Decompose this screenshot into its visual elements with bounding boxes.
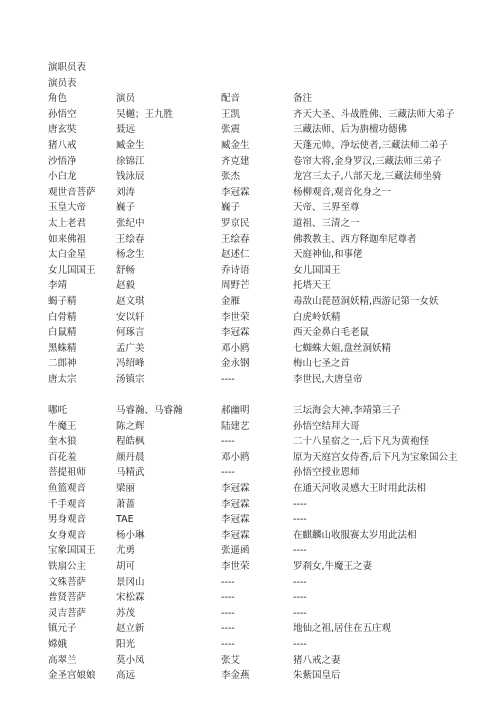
role-cell: 哪吒 (48, 403, 116, 419)
voice-cell: ---- (221, 434, 293, 450)
role-cell: 二郎神 (48, 356, 116, 372)
actor-cell: 舒畅 (116, 263, 221, 279)
note-cell: 猪八戒之妻 (293, 653, 468, 669)
role-cell: 唐太宗 (48, 372, 116, 388)
table-row: 百花羞颜丹晨邓小鸥原为天庭宫女侍香,后下凡为宝象国公主 (48, 450, 468, 466)
header-actor: 演员 (116, 91, 221, 107)
table-row: 千手观音萧蔷李冠霖---- (48, 497, 468, 513)
table-row: 沙悟净徐锦江齐克建卷帘大将,金身罗汉,三藏法师三弟子 (48, 154, 468, 170)
voice-cell: ---- (221, 575, 293, 591)
table-row: 菩提祖师马精武----孙悟空授业恩师 (48, 465, 468, 481)
header-voice: 配音 (221, 91, 293, 107)
voice-cell: ---- (221, 621, 293, 637)
actor-cell: 赵毅 (116, 278, 221, 294)
role-cell: 李靖 (48, 278, 116, 294)
role-cell: 男身观音 (48, 512, 116, 528)
note-cell: 天庭神仙,和事佬 (293, 247, 468, 263)
actor-cell: 高远 (116, 668, 221, 684)
role-cell: 女身观音 (48, 528, 116, 544)
note-cell: 佛教教主、西方释迦牟尼尊者 (293, 232, 468, 248)
note-cell: 三坛海会大神,李靖第三子 (293, 403, 468, 419)
note-cell: 杨柳观音,观音化身之一 (293, 185, 468, 201)
table-row: 猪八戒臧金生臧金生天蓬元帅、净坛使者,三藏法师二弟子 (48, 138, 468, 154)
voice-cell: 陆建艺 (221, 419, 293, 435)
voice-cell: 张震 (221, 122, 293, 138)
note-cell: 卷帘大将,金身罗汉,三藏法师三弟子 (293, 154, 468, 170)
note-cell: 女儿国国王 (293, 263, 468, 279)
note-cell: 二十八星宿之一,后下凡为黄袍怪 (293, 434, 468, 450)
voice-cell: ---- (221, 372, 293, 388)
actor-cell: 胡可 (116, 559, 221, 575)
actor-cell: 何琢言 (116, 325, 221, 341)
actor-cell: 杨小琳 (116, 528, 221, 544)
actor-cell: 吴樾；王九胜 (116, 107, 221, 123)
note-cell: 原为天庭宫女侍香,后下凡为宝象国公主 (293, 450, 468, 466)
actor-cell: 聂远 (116, 122, 221, 138)
actor-cell: 尤勇 (116, 543, 221, 559)
role-cell: 女儿国国王 (48, 263, 116, 279)
table-row: 女身观音杨小琳李冠霖在麒麟山收服赛太岁用此法相 (48, 528, 468, 544)
table-row: 铁扇公主胡可李世荣罗刹女,牛魔王之妻 (48, 559, 468, 575)
note-cell: 朱紫国皇后 (293, 668, 468, 684)
table-row: 二郎神冯绍峰金永钢梅山七圣之首 (48, 356, 468, 372)
table-header: 角色 演员 配音 备注 (48, 91, 468, 107)
actor-cell: 杨念生 (116, 247, 221, 263)
table-row: 唐太宗汤镇宗----李世民,大唐皇帝 (48, 372, 468, 388)
cast-group-supporting: 哪吒马睿瀚、马睿瀚郝幽明三坛海会大神,李靖第三子牛魔王陈之辉陆建艺孙悟空结拜大哥… (48, 403, 468, 684)
note-cell: 托塔天王 (293, 278, 468, 294)
role-cell: 高翠兰 (48, 653, 116, 669)
table-row: 灵吉菩萨苏茂-------- (48, 606, 468, 622)
voice-cell: 巍子 (221, 200, 293, 216)
table-row: 高翠兰莫小凤张艾猪八戒之妻 (48, 653, 468, 669)
actor-cell: 赵立新 (116, 621, 221, 637)
table-row: 男身观音TAE李冠霖---- (48, 512, 468, 528)
actor-cell: 孟广美 (116, 341, 221, 357)
voice-cell: 臧金生 (221, 138, 293, 154)
voice-cell: 邓小鸥 (221, 341, 293, 357)
note-cell: ---- (293, 606, 468, 622)
voice-cell: 周野芒 (221, 278, 293, 294)
voice-cell: 李金燕 (221, 668, 293, 684)
table-row: 黑蛛精孟广美邓小鸥七蜘蛛大姐,盘丝洞妖精 (48, 341, 468, 357)
voice-cell: 李冠霖 (221, 325, 293, 341)
role-cell: 唐玄奘 (48, 122, 116, 138)
role-cell: 小白龙 (48, 169, 116, 185)
role-cell: 如来佛祖 (48, 232, 116, 248)
role-cell: 嫦娥 (48, 637, 116, 653)
actor-cell: 宋松霖 (116, 590, 221, 606)
cast-document: 演职员表 演员表 角色 演员 配音 备注 孙悟空吴樾；王九胜王凯齐天大圣、斗战胜… (48, 60, 468, 684)
table-row: 宝象国国王尤勇张遥函---- (48, 543, 468, 559)
table-row: 金圣宫娘娘高远李金燕朱紫国皇后 (48, 668, 468, 684)
table-row: 观世音菩萨刘涛李冠霖杨柳观音,观音化身之一 (48, 185, 468, 201)
table-row: 白鼠精何琢言李冠霖西天金鼻白毛老鼠 (48, 325, 468, 341)
role-cell: 太上老君 (48, 216, 116, 232)
voice-cell: ---- (221, 590, 293, 606)
voice-cell: 李冠霖 (221, 185, 293, 201)
voice-cell: 李冠霖 (221, 512, 293, 528)
table-row: 如来佛祖王绘春王绘春佛教教主、西方释迦牟尼尊者 (48, 232, 468, 248)
actor-cell: 颜丹晨 (116, 450, 221, 466)
note-cell: 齐天大圣、斗战胜佛、三藏法师大弟子 (293, 107, 468, 123)
actor-cell: 钱泳辰 (116, 169, 221, 185)
note-cell: 天帝、三界至尊 (293, 200, 468, 216)
role-cell: 玉皇大帝 (48, 200, 116, 216)
actor-cell: 苏茂 (116, 606, 221, 622)
header-note: 备注 (293, 91, 468, 107)
document-title: 演职员表 (48, 60, 468, 76)
voice-cell: 李世荣 (221, 559, 293, 575)
role-cell: 铁扇公主 (48, 559, 116, 575)
table-row: 奎木狼程皓枫----二十八星宿之一,后下凡为黄袍怪 (48, 434, 468, 450)
note-cell: 毒敌山琵琶洞妖精,西游记第一女妖 (293, 294, 468, 310)
table-row: 鱼篮观音梁丽李冠霖在通天河收灵感大王时用此法相 (48, 481, 468, 497)
table-row: 孙悟空吴樾；王九胜王凯齐天大圣、斗战胜佛、三藏法师大弟子 (48, 107, 468, 123)
role-cell: 文殊菩萨 (48, 575, 116, 591)
note-cell: ---- (293, 512, 468, 528)
note-cell: ---- (293, 637, 468, 653)
voice-cell: 赵述仁 (221, 247, 293, 263)
note-cell: 罗刹女,牛魔王之妻 (293, 559, 468, 575)
note-cell: 孙悟空授业恩师 (293, 465, 468, 481)
voice-cell: 李冠霖 (221, 497, 293, 513)
actor-cell: 陈之辉 (116, 419, 221, 435)
voice-cell: ---- (221, 637, 293, 653)
actor-cell: 景冈山 (116, 575, 221, 591)
actor-cell: 马精武 (116, 465, 221, 481)
actor-cell: 萧蔷 (116, 497, 221, 513)
voice-cell: 邓小鸥 (221, 450, 293, 466)
table-row: 蝎子精赵文琪金雁毒敌山琵琶洞妖精,西游记第一女妖 (48, 294, 468, 310)
actor-cell: 冯绍峰 (116, 356, 221, 372)
role-cell: 白骨精 (48, 310, 116, 326)
note-cell: 七蜘蛛大姐,盘丝洞妖精 (293, 341, 468, 357)
table-row: 白骨精安以轩李世荣白虎岭妖精 (48, 310, 468, 326)
actor-cell: 臧金生 (116, 138, 221, 154)
voice-cell: 罗京民 (221, 216, 293, 232)
table-row: 普贤菩萨宋松霖-------- (48, 590, 468, 606)
role-cell: 猪八戒 (48, 138, 116, 154)
note-cell: 地仙之祖,居住在五庄观 (293, 621, 468, 637)
voice-cell: 张艾 (221, 653, 293, 669)
role-cell: 普贤菩萨 (48, 590, 116, 606)
voice-cell: 齐克建 (221, 154, 293, 170)
note-cell: 在麒麟山收服赛太岁用此法相 (293, 528, 468, 544)
role-cell: 牛魔王 (48, 419, 116, 435)
actor-cell: 安以轩 (116, 310, 221, 326)
document-subtitle: 演员表 (48, 76, 468, 92)
table-row: 李靖赵毅周野芒托塔天王 (48, 278, 468, 294)
note-cell: 三藏法师、后为旃檀功德佛 (293, 122, 468, 138)
actor-cell: 马睿瀚、马睿瀚 (116, 403, 221, 419)
voice-cell: 李世荣 (221, 310, 293, 326)
role-cell: 蝎子精 (48, 294, 116, 310)
header-role: 角色 (48, 91, 116, 107)
role-cell: 黑蛛精 (48, 341, 116, 357)
actor-cell: TAE (116, 512, 221, 528)
actor-cell: 巍子 (116, 200, 221, 216)
role-cell: 菩提祖师 (48, 465, 116, 481)
actor-cell: 梁丽 (116, 481, 221, 497)
table-row: 嫦娥阳光-------- (48, 637, 468, 653)
role-cell: 镇元子 (48, 621, 116, 637)
role-cell: 奎木狼 (48, 434, 116, 450)
note-cell: 道祖、三清之一 (293, 216, 468, 232)
actor-cell: 王绘春 (116, 232, 221, 248)
cast-group-main: 孙悟空吴樾；王九胜王凯齐天大圣、斗战胜佛、三藏法师大弟子唐玄奘聂远张震三藏法师、… (48, 107, 468, 388)
actor-cell: 徐锦江 (116, 154, 221, 170)
role-cell: 百花羞 (48, 450, 116, 466)
voice-cell: 张杰 (221, 169, 293, 185)
voice-cell: 金永钢 (221, 356, 293, 372)
role-cell: 鱼篮观音 (48, 481, 116, 497)
group-spacer (48, 387, 468, 403)
table-row: 文殊菩萨景冈山-------- (48, 575, 468, 591)
note-cell: ---- (293, 575, 468, 591)
note-cell: ---- (293, 543, 468, 559)
voice-cell: 李冠霖 (221, 481, 293, 497)
role-cell: 白鼠精 (48, 325, 116, 341)
table-row: 太上老君张纪中罗京民道祖、三清之一 (48, 216, 468, 232)
voice-cell: ---- (221, 606, 293, 622)
actor-cell: 阳光 (116, 637, 221, 653)
voice-cell: 张遥函 (221, 543, 293, 559)
note-cell: 在通天河收灵感大王时用此法相 (293, 481, 468, 497)
actor-cell: 赵文琪 (116, 294, 221, 310)
actor-cell: 莫小凤 (116, 653, 221, 669)
table-row: 女儿国国王舒畅乔诗语女儿国国王 (48, 263, 468, 279)
note-cell: ---- (293, 497, 468, 513)
voice-cell: 王凯 (221, 107, 293, 123)
table-row: 镇元子赵立新----地仙之祖,居住在五庄观 (48, 621, 468, 637)
role-cell: 金圣宫娘娘 (48, 668, 116, 684)
role-cell: 千手观音 (48, 497, 116, 513)
actor-cell: 张纪中 (116, 216, 221, 232)
note-cell: 龙宫三太子,八部天龙,三藏法师坐骑 (293, 169, 468, 185)
actor-cell: 程皓枫 (116, 434, 221, 450)
role-cell: 宝象国国王 (48, 543, 116, 559)
note-cell: 天蓬元帅、净坛使者,三藏法师二弟子 (293, 138, 468, 154)
table-row: 小白龙钱泳辰张杰龙宫三太子,八部天龙,三藏法师坐骑 (48, 169, 468, 185)
table-row: 唐玄奘聂远张震三藏法师、后为旃檀功德佛 (48, 122, 468, 138)
table-row: 太白金星杨念生赵述仁天庭神仙,和事佬 (48, 247, 468, 263)
actor-cell: 刘涛 (116, 185, 221, 201)
voice-cell: 金雁 (221, 294, 293, 310)
role-cell: 沙悟净 (48, 154, 116, 170)
table-row: 哪吒马睿瀚、马睿瀚郝幽明三坛海会大神,李靖第三子 (48, 403, 468, 419)
table-row: 牛魔王陈之辉陆建艺孙悟空结拜大哥 (48, 419, 468, 435)
table-row: 玉皇大帝巍子巍子天帝、三界至尊 (48, 200, 468, 216)
voice-cell: 王绘春 (221, 232, 293, 248)
voice-cell: 李冠霖 (221, 528, 293, 544)
actor-cell: 汤镇宗 (116, 372, 221, 388)
note-cell: 梅山七圣之首 (293, 356, 468, 372)
note-cell: 西天金鼻白毛老鼠 (293, 325, 468, 341)
note-cell: 李世民,大唐皇帝 (293, 372, 468, 388)
role-cell: 孙悟空 (48, 107, 116, 123)
voice-cell: ---- (221, 465, 293, 481)
voice-cell: 郝幽明 (221, 403, 293, 419)
note-cell: 白虎岭妖精 (293, 310, 468, 326)
role-cell: 灵吉菩萨 (48, 606, 116, 622)
role-cell: 观世音菩萨 (48, 185, 116, 201)
note-cell: ---- (293, 590, 468, 606)
note-cell: 孙悟空结拜大哥 (293, 419, 468, 435)
role-cell: 太白金星 (48, 247, 116, 263)
voice-cell: 乔诗语 (221, 263, 293, 279)
